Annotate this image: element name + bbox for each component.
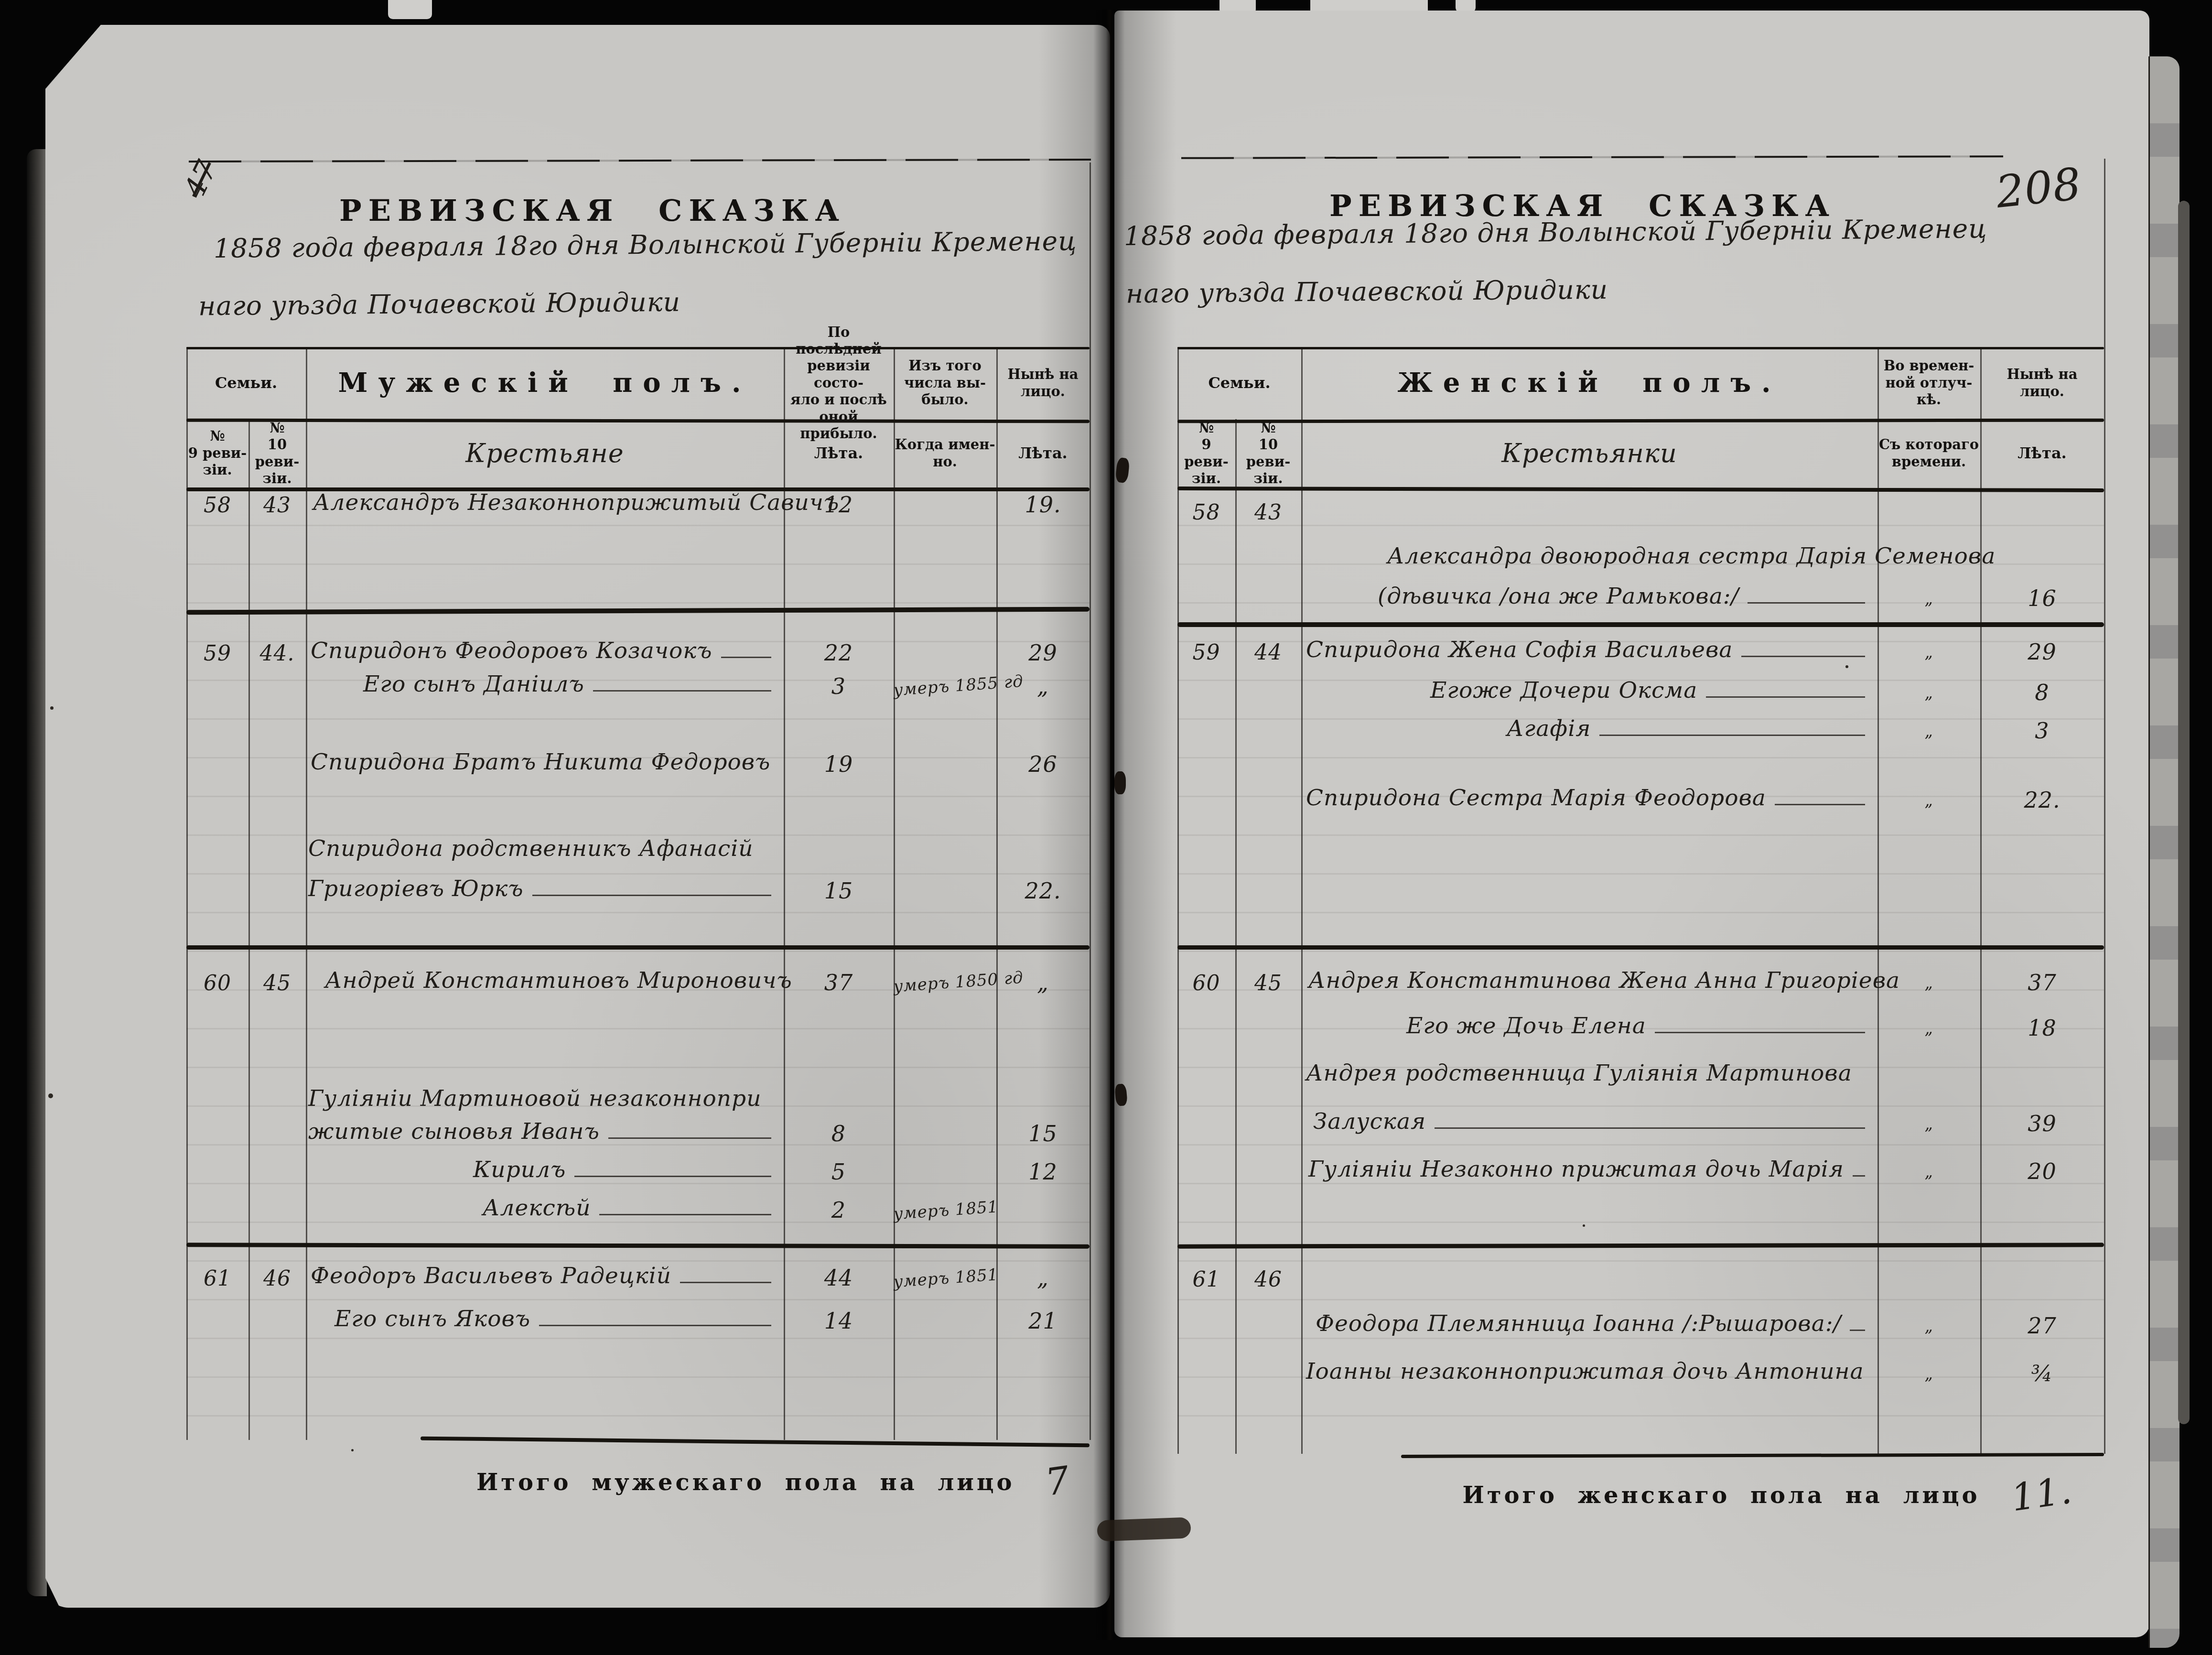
paper-speck [48,1093,53,1098]
date-line: 1858 года февраля 18го дня Волынской Губ… [214,226,1077,264]
present-cell: 3 [1980,718,2104,746]
present-cell [1980,1086,2104,1089]
header-rev9: № 9 реви- зіи. [186,419,248,487]
table-row: Іоанны незаконноприжитая дочь Антонина „… [1177,1350,2104,1389]
name-cell: Спиридона родственникъ Афанасій [306,835,784,865]
header-names: Крестьяне [306,419,784,487]
rev10-cell: 46 [248,1266,306,1294]
table-row: (дѣвичка /она же Рамькова:/ „ 16 [1177,575,2104,614]
name-cell: Агафія [1301,715,1878,746]
rev9-cell [186,904,248,907]
header-family: Семьи. [186,347,306,419]
since-cell: „ [1877,1016,1981,1048]
header-sex: Мужескій полъ. [306,347,784,419]
present-cell [996,1223,1090,1226]
page-footer: Итого женскаго пола на лицо 11. [1430,1469,2104,1512]
rev9-cell [1177,1136,1235,1139]
date-line: наго уѣзда Почаевской Юридики [1126,274,1608,309]
table-row: Залуская „ 39 [1177,1100,2104,1139]
since-cell: „ [1877,1111,1981,1143]
table-row: житые сыновья Иванъ 8 15 [186,1110,1090,1149]
when-cell [894,771,996,784]
when-cell: умеръ 1851 [893,1198,997,1230]
header-when: Когда имен- но. [894,419,996,487]
rev9-cell: 58 [186,493,248,520]
when-cell [894,898,996,910]
rev10-cell [1235,1136,1301,1139]
left-page: 47 РЕВИЗСКАЯ СКАЗКА 1858 года февраля 18… [45,25,1110,1608]
paper-speck [351,1449,354,1451]
name-cell: Іоанны незаконноприжитая дочь Антонина [1301,1358,1878,1389]
since-cell: „ [1877,586,1981,618]
rev10-cell [1235,1339,1301,1341]
present-cell: ¾ [1980,1361,2104,1389]
when-cell: умеръ 1855 гд [893,674,997,706]
table-row: Спиридона Сестра Марія Феодорова „ 22. [1177,777,2104,816]
binding-thread [1097,1517,1191,1542]
rev10-cell [1235,1086,1301,1089]
rev10-cell [1235,744,1301,746]
header-sex: Женскій полъ. [1301,347,1878,419]
since-cell: „ [1877,639,1981,671]
family-rule [1177,1243,2104,1248]
table-row: Его же Дочь Елена „ 18 [1177,1005,2104,1044]
table-row: Гуліяніи Незаконно прижитая дочь Марія „… [1177,1148,2104,1187]
name-cell: Андрея Константинова Жена Анна Григоріев… [1301,967,1878,998]
rev9-cell [1177,611,1235,614]
rev10-cell: 45 [1235,971,1301,998]
family-rule [186,607,1090,615]
rev9-cell: 61 [1177,1267,1235,1295]
name-cell [1301,525,1878,528]
rev10-cell: 43 [1235,500,1301,528]
name-cell: Андрея родственница Гуліянія Мартинова [1301,1060,1878,1089]
when-cell: умеръ 1850 гд [893,970,997,1002]
age-cell: 12 [784,492,894,520]
page-title: РЕВИЗСКАЯ СКАЗКА [258,193,927,228]
rev10-cell [1235,611,1301,614]
name-cell: житые сыновья Иванъ [306,1118,784,1149]
paper-speck [50,706,54,710]
present-cell: 18 [1980,1015,2104,1044]
date-line: наго уѣзда Почаевской Юридики [198,287,681,322]
total-value: 7 [1043,1459,1073,1504]
name-cell: Феодора Племянница Іоанна /:Рышарова:/ [1301,1310,1878,1341]
header-since: Съ котораго времени. [1878,419,1980,487]
paper-speck [1583,1224,1585,1227]
book-binding [1093,10,1125,1640]
name-cell: (дѣвичка /она же Рамькова:/ [1301,583,1878,614]
table-row: 58 43 Александръ Незаконноприжитый Савич… [186,481,1090,520]
family-rule [186,945,1090,950]
since-cell: „ [1877,1159,1981,1191]
date-line: 1858 года февраля 18го дня Волынской Губ… [1124,213,1987,251]
present-cell: 8 [1980,680,2104,708]
name-cell: Александра двоюродная сестра Дарія Семен… [1301,543,1878,572]
rev9-cell: 61 [186,1266,248,1294]
name-cell: Феодоръ Васильевъ Радецкій [306,1263,784,1294]
table-row: Феодора Племянница Іоанна /:Рышарова:/ „… [1177,1302,2104,1341]
name-cell: Александръ Незаконноприжитый Савичъ [306,489,784,520]
rev10-cell [248,777,306,780]
rev9-cell: 60 [1177,971,1235,998]
age-cell: 14 [784,1308,894,1337]
table-row: 61 46 [1177,1255,2104,1295]
rev9-cell: 58 [1177,500,1235,528]
rev9-cell: 60 [186,971,248,998]
present-cell [1980,569,2104,572]
table-row: 60 45 Андрей Константиновъ Мироновичъ 37… [186,959,1090,998]
revision-list-scan: 47 РЕВИЗСКАЯ СКАЗКА 1858 года февраля 18… [0,0,2212,1655]
age-cell: 8 [784,1121,894,1149]
present-cell: 20 [1980,1158,2104,1187]
present-cell: 22. [1980,787,2104,816]
header-rev9: № 9 реви- зіи. [1177,419,1235,487]
family-rule [1177,945,2104,950]
table-row: 58 43 [1177,488,2104,528]
rev9-cell [186,777,248,780]
rev10-cell: 44 [1235,640,1301,668]
name-cell: Григоріевъ Юркъ [306,876,784,907]
header-years2: Лѣта. [996,419,1090,487]
rev10-cell: 46 [1235,1267,1301,1295]
rev10-cell [248,1223,306,1226]
name-cell: Алексѣй [306,1195,784,1226]
present-cell: 29 [1980,639,2104,668]
page-number: 208 [1994,158,2084,218]
page-footer: Итого мужескаго пола на лицо 7 [456,1456,1090,1499]
table-row: Его сынъ Даніилъ 3 умеръ 1855 гд „ [186,663,1090,702]
family-rule [186,1243,1090,1248]
table-border [1090,162,1091,1440]
present-cell: „ [996,1265,1090,1294]
name-cell: Спиридона Жена Софія Васильева [1301,637,1878,668]
table-row: 60 45 Андрея Константинова Жена Анна Гри… [1177,959,2104,998]
rev10-cell [248,862,306,865]
since-cell: „ [1877,718,1981,750]
present-cell: 21 [996,1308,1090,1337]
age-cell: 15 [784,878,894,907]
present-cell [1980,525,2104,528]
table-row: Александра двоюродная сестра Дарія Семен… [1177,533,2104,572]
total-value: 11. [2008,1469,2074,1520]
header-present: Нынѣ на лицо. [1980,347,2104,419]
footer-rule [1401,1453,2104,1458]
header-last-revision: По послѣдней ревизіи состо- яло и послѣ … [784,347,894,419]
rev9-cell [186,1223,248,1226]
name-cell: Кирилъ [306,1157,784,1188]
present-cell [1980,1292,2104,1295]
name-cell: Спиридона Сестра Марія Феодорова [1301,785,1878,816]
table-border [2104,159,2105,1454]
age-cell: 3 [784,673,894,702]
page-stack-edge [2178,201,2190,1424]
table-row: Его сынъ Яковъ 14 21 [186,1298,1090,1337]
name-cell: Спиридона Братъ Никита Федоровъ [306,749,784,780]
name-cell: Его сынъ Яковъ [306,1306,784,1337]
rev9-cell [1177,1339,1235,1341]
top-rule [1181,155,2003,159]
rev9-cell [186,1334,248,1337]
header-family: Семьи. [1177,347,1301,419]
present-cell: 22. [996,878,1090,907]
rev10-cell [248,904,306,907]
name-cell: Андрей Константиновъ Мироновичъ [306,967,784,998]
right-page: 208 РЕВИЗСКАЯ СКАЗКА 1858 года февраля 1… [1114,11,2149,1637]
table-row: Егоже Дочери Оксма „ 8 [1177,669,2104,708]
header-departed: Изъ того числа вы- было. [894,347,996,419]
since-cell [1878,1286,1980,1298]
total-label: Итого женскаго пола на лицо [1462,1482,1980,1509]
header-rev10: № 10 реви- зіи. [1235,419,1301,487]
footer-rule [421,1437,1090,1448]
present-cell: 16 [1980,585,2104,614]
age-cell: 5 [784,1159,894,1188]
since-cell [1878,1080,1980,1093]
total-label: Итого мужескаго пола на лицо [476,1469,1014,1496]
rev10-cell [1235,569,1301,572]
paper-speck [1845,665,1848,668]
age-cell: 2 [784,1197,894,1226]
when-cell [894,511,996,524]
table-row: Андрея родственница Гуліянія Мартинова [1177,1050,2104,1089]
table-row: Григоріевъ Юркъ 15 22. [186,867,1090,907]
present-cell: 39 [1980,1111,2104,1139]
rev9-cell [1177,1386,1235,1389]
rev10-cell [248,699,306,702]
name-cell: Его сынъ Даніилъ [306,671,784,702]
rev10-cell [248,1334,306,1337]
rev10-cell [1235,813,1301,816]
name-cell: Его же Дочь Елена [1301,1013,1878,1044]
when-cell: умеръ 1851 [893,1266,997,1298]
rev9-cell: 59 [1177,640,1235,668]
since-cell: „ [1877,1313,1981,1345]
present-cell: 27 [1980,1313,2104,1341]
table-row: Спиридона родственникъ Афанасій [186,825,1090,865]
present-cell: 37 [1980,970,2104,998]
age-cell: 37 [784,970,894,998]
since-cell: „ [1877,788,1981,820]
rev10-cell: 43 [248,493,306,520]
rev9-cell [1177,1041,1235,1044]
rev9-cell [1177,744,1235,746]
present-cell [996,862,1090,865]
table-row: Спиридона Братъ Никита Федоровъ 19 26 [186,741,1090,780]
table-row: Алексѣй 2 умеръ 1851 [186,1187,1090,1226]
table-row: Кирилъ 5 12 [186,1148,1090,1188]
book-left-edge [27,149,47,1596]
header-rev10: № 10 реви- зіи. [248,419,306,487]
rev10-cell [1235,1041,1301,1044]
present-cell: 12 [996,1159,1090,1188]
when-cell [894,1328,996,1341]
table-row: Агафія „ 3 [1177,707,2104,746]
table-row: 61 46 Феодоръ Васильевъ Радецкій 44 умер… [186,1255,1090,1294]
table-row: 59 44 Спиридона Жена Софія Васильева „ 2… [1177,628,2104,668]
rev9-cell [1177,813,1235,816]
rev9-cell [1177,569,1235,572]
rev10-cell [1235,1184,1301,1187]
rev9-cell [1177,1086,1235,1089]
header-years: Лѣта. [784,419,894,487]
since-cell [1878,519,1980,531]
binding-stitch [1114,771,1126,794]
rev9-cell [186,862,248,865]
rev9-cell [186,699,248,702]
table-row: Гуліяніи Мартиновой незаконнопри [186,1075,1090,1114]
header-names: Крестьянки [1301,419,1878,487]
page-corner-fold [44,24,102,91]
top-rule [189,159,1091,162]
rev10-cell [1235,1386,1301,1389]
name-cell: Егоже Дочери Оксма [1301,677,1878,708]
age-cell [784,862,894,865]
age-cell: 44 [784,1265,894,1294]
name-cell [1301,1292,1878,1295]
name-cell: Залуская [1301,1108,1878,1139]
rev9-cell [1177,1184,1235,1187]
age-cell: 19 [784,751,894,780]
name-cell: Гуліяніи Незаконно прижитая дочь Марія [1301,1156,1878,1187]
header-years: Лѣта. [1980,419,2104,487]
header-absence: Во времен- ной отлуч- кѣ. [1878,347,1980,419]
when-cell [894,855,996,868]
column-line [1235,419,1237,1454]
present-cell: 15 [996,1121,1090,1149]
present-cell: 19. [996,492,1090,520]
since-cell: „ [1877,1361,1981,1393]
rev10-cell: 45 [248,971,306,998]
family-rule [1177,622,2104,627]
present-cell: 26 [996,751,1090,780]
header-present: Нынѣ на лицо. [996,347,1090,419]
page-tab [388,0,432,19]
page-stack-edge [2148,56,2180,1648]
